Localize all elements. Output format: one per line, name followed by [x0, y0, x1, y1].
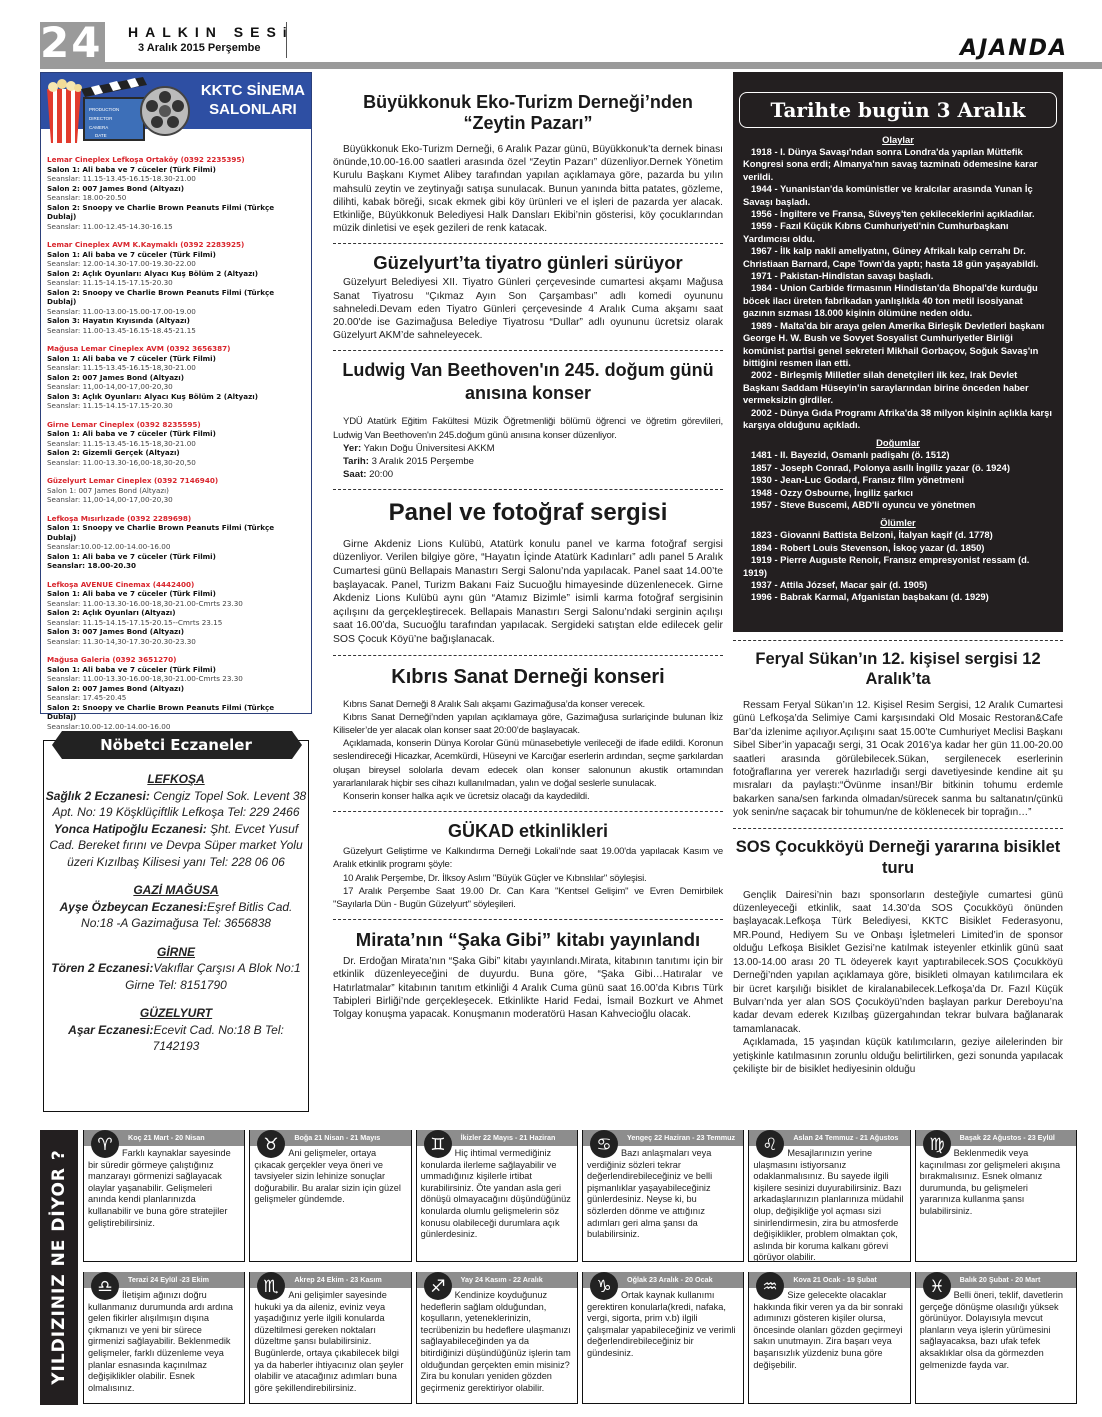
on-duty-pharmacies: Nöbetci Eczaneler LEFKOŞASağlık 2 Eczane…: [43, 740, 309, 1112]
pharmacy-list: LEFKOŞASağlık 2 Eczanesi: Cengiz Topel S…: [44, 741, 308, 1055]
horoscope-card: Oğlak 23 Aralık - 20 Ocak♑Ortak kaynak k…: [582, 1272, 744, 1404]
article-body: YDÜ Atatürk Eğitim Fakültesi Müzik Öğret…: [333, 415, 723, 441]
history-section-label: Doğumlar: [743, 437, 1053, 449]
article-title: Panel ve fotoğraf sergisi: [333, 498, 723, 528]
sign-text: Kendinize koyduğunuz hedeflerin sağlam o…: [417, 1288, 577, 1394]
article-body: Girne Akdeniz Lions Kulübü, Atatürk konu…: [333, 538, 723, 647]
sign-text: Bazı anlaşmaları veya verdiğiniz sözleri…: [583, 1146, 743, 1241]
paragraph: Açıklamada, konserin Dünya Korolar Günü …: [333, 737, 723, 790]
history-item: 1956 - İngiltere ve Fransa, Süveyş'ten ç…: [743, 208, 1053, 220]
value: Yakın Doğu Üniversitesi AKKM: [361, 443, 494, 454]
sign-text: Hiç ihtimal vermediğiniz konularda ilerl…: [417, 1146, 577, 1241]
event-place: Yer: Yakın Doğu Üniversitesi AKKM: [333, 442, 723, 455]
history-item: 2002 - Birleşmiş Milletler silah denetçi…: [743, 369, 1053, 406]
theater-name: Lefkoşa AVENUE Cinemax (4442400): [47, 580, 305, 590]
right-column: Tarihte bugün 3 Aralık Olaylar1918 - I. …: [733, 72, 1063, 1076]
svg-text:CAMERA: CAMERA: [89, 125, 108, 130]
theater-block: Lefkoşa AVENUE Cinemax (4442400)Salon 1:…: [47, 580, 305, 647]
sign-forecast: Kendinize koyduğunuz hedeflerin sağlam o…: [421, 1290, 571, 1393]
aries-icon: ♈: [88, 1128, 122, 1160]
header-rule: [40, 62, 1102, 69]
paragraph: Açıklamada, 15 yaşından küçük katılımcıl…: [733, 1036, 1063, 1076]
screen-film: Salon 1: 007 James Bond (Altyazı): [47, 486, 305, 496]
screen-film: Salon 2: Açlık Oyunları: Alyacı Kuş Bölü…: [47, 269, 305, 279]
page-number: 24: [40, 18, 102, 68]
history-item: 1967 - İlk kalp nakli ameliyatını, Güney…: [743, 245, 1053, 270]
pharmacy-city: GAZİ MAĞUSA: [44, 882, 308, 899]
theater-name: Güzelyurt Lemar Cineplex (0392 7146940): [47, 476, 305, 486]
scorpio-icon: ♏: [254, 1270, 288, 1302]
article-title: Ludwig Van Beethoven'ın 245. doğum günü …: [333, 359, 723, 405]
showtimes: Seanslar:10.00-12.00-14.00-16.00: [47, 722, 305, 732]
pharmacy-name: Sağlık 2 Eczanesi:: [46, 789, 150, 803]
horoscope-card: Yengeç 22 Haziran - 23 Temmuz♋Bazı anlaş…: [582, 1130, 744, 1262]
divider: [333, 919, 723, 920]
pharmacy-entry: Tören 2 Eczanesi:Vakıflar Çarşısı A Blok…: [44, 960, 308, 993]
svg-text:PRODUCTION: PRODUCTION: [89, 107, 119, 112]
article-title: SOS Çocukköyü Derneği yararına bisiklet …: [733, 837, 1063, 879]
event-time: Saat: 20:00: [333, 468, 723, 481]
leo-icon: ♌: [753, 1128, 787, 1160]
pharmacy-name: Ayşe Özbeycan Eczanesi:: [60, 900, 207, 914]
theater-name: Lemar Cineplex Lefkoşa Ortaköy (0392 223…: [47, 155, 305, 165]
svg-text:♑: ♑: [596, 1277, 611, 1297]
svg-text:♒: ♒: [763, 1277, 778, 1297]
screen-film: Salon 2: Snoopy ve Charlie Brown Peanuts…: [47, 703, 305, 722]
theater-name: Mağusa Galeria (0392 3651270): [47, 655, 305, 665]
horoscope-card: Başak 22 Ağustos - 23 Eylül♍Beklenmedik …: [915, 1130, 1077, 1262]
screen-film: Salon 1: Ali baba ve 7 cüceler (Türk Fil…: [47, 665, 305, 675]
showtimes: Seanslar: 11.00-13.45-16.15-18.45-21.15: [47, 326, 305, 336]
showtimes: Seanslar: 11.15-13.45-16.15-18,30-21.00: [47, 363, 305, 373]
showtimes: Seanslar: 11.00-13.30-16,00-18,30-20,50: [47, 458, 305, 468]
screen-film: Salon 2: 007 James Bond (Altyazı): [47, 184, 305, 194]
popcorn-clapperboard-film-reel-icon: PRODUCTION DIRECTOR CAMERA DATE: [45, 67, 195, 143]
screen-film: Salon 1: Ali baba ve 7 cüceler (Türk Fil…: [47, 354, 305, 364]
article-tiyatro: Güzelyurt’ta tiyatro günleri sürüyor Güz…: [333, 252, 723, 342]
history-title-frame: Tarihte bugün 3 Aralık: [739, 92, 1057, 128]
horoscope-card: Terazi 24 Eylül -23 Ekim♎İletişim ağınız…: [83, 1272, 245, 1404]
theater-block: Lemar Cineplex Lefkoşa Ortaköy (0392 223…: [47, 155, 305, 231]
cinema-title-line: SALONLARI: [201, 100, 305, 119]
aquarius-icon: ♒: [753, 1270, 787, 1302]
history-title: Tarihte bugün 3 Aralık: [770, 98, 1025, 122]
history-item: 1959 - Fazıl Küçük Kıbrıs Cumhuriyeti'ni…: [743, 220, 1053, 245]
showtimes: Seanslar: 11.15-13.45-16.15-18.30-21.00: [47, 174, 305, 184]
horoscope-card: Aslan 24 Temmuz - 21 Ağustos♌Mesajlarını…: [748, 1130, 910, 1262]
label: Saat:: [343, 469, 366, 480]
theater-list: Lemar Cineplex Lefkoşa Ortaköy (0392 223…: [41, 129, 311, 731]
history-item: 1971 - Pakistan-Hindistan savaşı başladı…: [743, 270, 1053, 282]
pharmacy-entry: Yonca Hatipoğlu Eczanesi: Şht. Evcet Yus…: [44, 821, 308, 871]
divider: [333, 350, 723, 351]
article-title: GÜKAD etkinlikleri: [333, 820, 723, 842]
history-item: 1996 - Babrak Karmal, Afganistan başbaka…: [743, 591, 1053, 603]
history-item: 1930 - Jean-Luc Godard, Fransız film yön…: [743, 474, 1053, 486]
middle-column: Büyükkonuk Eko-Turizm Derneği’nden “Zeyt…: [333, 92, 723, 1021]
article-body: Kıbrıs Sanat Derneği 8 Aralık Salı akşam…: [333, 698, 723, 804]
article-title: Kıbrıs Sanat Derneği konseri: [333, 664, 723, 690]
horoscope-card: İkizler 22 Mayıs - 21 Haziran♊Hiç ihtima…: [416, 1130, 578, 1262]
svg-text:♍: ♍: [929, 1135, 944, 1155]
sign-forecast: İletişim ağınızı doğru kullanmanız durum…: [88, 1290, 233, 1393]
paragraph: Konserin konser halka açık ve ücretsiz o…: [333, 790, 723, 803]
pharmacy-name: Aşar Eczanesi:: [68, 1023, 153, 1037]
divider: [333, 243, 723, 244]
article-body: Gençlik Dairesi’nin bazı sponsorların de…: [733, 889, 1063, 1077]
pharmacy-city: GİRNE: [44, 944, 308, 961]
screen-film: Salon 1: Ali baba ve 7 cüceler (Türk Fil…: [47, 429, 305, 439]
cinema-title: KKTC SİNEMA SALONLARI: [201, 81, 305, 119]
theater-name: Mağusa Lemar Cineplex AVM (0392 3656387): [47, 344, 305, 354]
divider: [333, 655, 723, 656]
article-title: Güzelyurt’ta tiyatro günleri sürüyor: [333, 252, 723, 274]
svg-text:♎: ♎: [97, 1277, 112, 1297]
cinema-listings: PRODUCTION DIRECTOR CAMERA DATE KKTC SİN…: [40, 72, 312, 714]
history-item: 1957 - Steve Buscemi, ABD'li oyuncu ve y…: [743, 499, 1053, 511]
sign-text: Ani gelişimler sayesinde hukuki ya da ai…: [250, 1288, 410, 1394]
screen-film: Salon 1: Snoopy ve Charlie Brown Peanuts…: [47, 523, 305, 542]
screen-film: Salon 1: Ali baba ve 7 cüceler (Türk Fil…: [47, 250, 305, 260]
history-item: 1481 - II. Bayezid, Osmanlı padişahı (ö.…: [743, 449, 1053, 461]
screen-film: Salon 3: 007 James Bond (Altyazı): [47, 627, 305, 637]
pisces-icon: ♓: [920, 1270, 954, 1302]
showtimes: Seanslar: 17.45-20.45: [47, 693, 305, 703]
sign-forecast: Ani gelişimler sayesinde hukuki ya da ai…: [254, 1290, 403, 1393]
showtimes: Seanslar: 18.00-20.50: [47, 193, 305, 203]
article-zeytin-pazari: Büyükkonuk Eko-Turizm Derneği’nden “Zeyt…: [333, 92, 723, 235]
gemini-icon: ♊: [421, 1128, 455, 1160]
screen-film: Salon 2: 007 James Bond (Altyazı): [47, 373, 305, 383]
svg-text:♈: ♈: [97, 1135, 112, 1155]
divider: [733, 640, 1063, 641]
divider: [333, 811, 723, 812]
horoscope-side-banner: YILDIZINIZ NE DİYOR ?: [40, 1130, 78, 1405]
showtimes: Seanslar: 11.00-13.30-16.00-18,30-21.00-…: [47, 674, 305, 684]
article-body: Güzelyurt Geliştirme ve Kalkındırma Dern…: [333, 845, 723, 911]
event-date: Tarih: 3 Aralık 2015 Perşembe: [333, 455, 723, 468]
horoscope-grid: Koç 21 Mart - 20 Nisan♈Farklı kaynaklar …: [83, 1130, 1077, 1404]
article-title: Feryal Sükan’ın 12. kişisel sergisi 12 A…: [733, 649, 1063, 689]
svg-text:♉: ♉: [264, 1135, 279, 1155]
label: Tarih:: [343, 456, 369, 467]
article-kibris-sanat: Kıbrıs Sanat Derneği konseri Kıbrıs Sana…: [333, 664, 723, 804]
theater-block: Güzelyurt Lemar Cineplex (0392 7146940)S…: [47, 476, 305, 505]
horoscope-card: Kova 21 Ocak - 19 Şubat♒Size gelecekte o…: [748, 1272, 910, 1404]
paragraph: 10 Aralık Perşembe, Dr. İlksoy Aslım "Bü…: [333, 872, 723, 885]
screen-film: Salon 3: Hayatın Kıyısında (Altyazı): [47, 316, 305, 326]
svg-text:DATE: DATE: [95, 133, 107, 138]
history-list: Olaylar1918 - I. Dünya Savaşı'ndan sonra…: [743, 134, 1053, 604]
screen-film: Salon 2: Gizemli Gerçek (Altyazı): [47, 448, 305, 458]
svg-text:♊: ♊: [430, 1135, 445, 1155]
cinema-title-line: KKTC SİNEMA: [201, 81, 305, 100]
screen-film: Salon 2: Açlık Oyunları (Altyazı): [47, 608, 305, 618]
svg-text:♌: ♌: [763, 1135, 778, 1155]
showtimes: Seanslar: 11.15-13.45-16.15-18,30-21.00: [47, 439, 305, 449]
theater-name: Lemar Cineplex AVM K.Kaymaklı (0392 2283…: [47, 240, 305, 250]
history-section-label: Ölümler: [743, 517, 1053, 529]
article-beethoven: Ludwig Van Beethoven'ın 245. doğum günü …: [333, 359, 723, 480]
capricorn-icon: ♑: [587, 1270, 621, 1302]
svg-text:DIRECTOR: DIRECTOR: [89, 116, 113, 121]
pharmacy-name: Yonca Hatipoğlu Eczanesi:: [54, 822, 207, 836]
sign-forecast: Hiç ihtimal vermediğiniz konularda ilerl…: [421, 1148, 571, 1239]
history-item: 1944 - Yunanistan'da komünistler ve kral…: [743, 183, 1053, 208]
history-item: 1989 - Malta'da bir araya gelen Amerika …: [743, 320, 1053, 370]
divider: [733, 828, 1063, 829]
showtimes: Seanslar: 11.00-13.30-16.00-18,30-21.00-…: [47, 599, 305, 609]
horoscope-card: Akrep 24 Ekim - 23 Kasım♏Ani gelişimler …: [249, 1272, 411, 1404]
showtimes: Seanslar: 18.00-20.30: [47, 561, 305, 571]
label: Yer:: [343, 443, 361, 454]
divider: [333, 489, 723, 490]
value: 20:00: [366, 469, 393, 480]
theater-block: Lefkoşa Mısırlızade (0392 2289698)Salon …: [47, 514, 305, 571]
showtimes: Seanslar: 11.15-14.15-17.15-20.30: [47, 401, 305, 411]
screen-film: Salon 3: Açlık Oyunları: Alyacı Kuş Bölü…: [47, 392, 305, 402]
article-panel: Panel ve fotoğraf sergisi Girne Akdeniz …: [333, 498, 723, 647]
screen-film: Salon 1: Ali baba ve 7 cüceler (Türk Fil…: [47, 552, 305, 562]
history-section-label: Olaylar: [743, 134, 1053, 146]
showtimes: Seanslar: 11.30-14,30-17.30-20.30-23.30: [47, 637, 305, 647]
theater-block: Mağusa Lemar Cineplex AVM (0392 3656387)…: [47, 344, 305, 411]
sign-forecast: Bazı anlaşmaları veya verdiğiniz sözleri…: [587, 1148, 712, 1239]
screen-film: Salon 2: Snoopy ve Charlie Brown Peanuts…: [47, 288, 305, 307]
libra-icon: ♎: [88, 1270, 122, 1302]
article-body: Güzelyurt Belediyesi XII. Tiyatro Günler…: [333, 276, 723, 342]
svg-text:♏: ♏: [264, 1277, 279, 1297]
sign-text: İletişim ağınızı doğru kullanmanız durum…: [84, 1288, 244, 1394]
horoscope-card: Koç 21 Mart - 20 Nisan♈Farklı kaynaklar …: [83, 1130, 245, 1262]
right-articles: Feryal Sükan’ın 12. kişisel sergisi 12 A…: [733, 640, 1063, 1076]
header-divider: [286, 22, 287, 58]
history-item: 1857 - Joseph Conrad, Polonya asıllı İng…: [743, 462, 1053, 474]
paragraph: Gençlik Dairesi’nin bazı sponsorların de…: [733, 889, 1063, 1036]
history-item: 1948 - Ozzy Osbourne, İngiliz şarkıcı: [743, 487, 1053, 499]
pharmacy-title: Nöbetci Eczaneler: [44, 731, 308, 759]
horoscope-card: Boğa 21 Nisan - 21 Mayıs♉Ani gelişmeler,…: [249, 1130, 411, 1262]
sign-forecast: Mesajlarınızın yerine ulaşmasını istiyor…: [753, 1148, 903, 1262]
theater-name: Girne Lemar Cineplex (0392 8235595): [47, 420, 305, 430]
history-item: 1894 - Robert Louis Stevenson, İskoç yaz…: [743, 542, 1053, 554]
theater-block: Mağusa Galeria (0392 3651270)Salon 1: Al…: [47, 655, 305, 731]
theater-block: Girne Lemar Cineplex (0392 8235595)Salon…: [47, 420, 305, 468]
pharmacy-city: LEFKOŞA: [44, 771, 308, 788]
showtimes: Seanslar:10.00-12.00-14.00-16.00: [47, 542, 305, 552]
article-body: Dr. Erdoğan Mirata’nın “Şaka Gibi” kitab…: [333, 955, 723, 1021]
pharmacy-entry: Ayşe Özbeycan Eczanesi:Eşref Bitlis Cad.…: [44, 899, 308, 932]
showtimes: Seanslar: 11,00-14,00-17,00-20,30: [47, 495, 305, 505]
svg-text:♋: ♋: [596, 1135, 611, 1155]
virgo-icon: ♍: [920, 1128, 954, 1160]
sagittarius-icon: ♐: [421, 1270, 455, 1302]
pharmacy-address: Ecevit Cad. No:18 B Tel: 7142193: [153, 1023, 284, 1054]
showtimes: Seanslar: 11.00-12.45-14.30-16.15: [47, 222, 305, 232]
history-item: 1984 - Union Carbide firmasının Hindista…: [743, 282, 1053, 319]
theater-name: Lefkoşa Mısırlızade (0392 2289698): [47, 514, 305, 524]
paragraph: Kıbrıs Sanat Derneği 8 Aralık Salı akşam…: [333, 698, 723, 711]
article-feryal-sukan: Feryal Sükan’ın 12. kişisel sergisi 12 A…: [733, 649, 1063, 820]
history-item: 1823 - Giovanni Battista Belzoni, İtalya…: [743, 529, 1053, 541]
history-item: 1937 - Attila József, Macar şair (d. 190…: [743, 579, 1053, 591]
pharmacy-city: GÜZELYURT: [44, 1005, 308, 1022]
section-title: AJANDA: [960, 36, 1068, 61]
cancer-icon: ♋: [587, 1128, 621, 1160]
article-body: Büyükkonuk Eko-Turizm Derneği, 6 Aralık …: [333, 143, 723, 235]
theater-block: Lemar Cineplex AVM K.Kaymaklı (0392 2283…: [47, 240, 305, 335]
svg-text:♓: ♓: [929, 1277, 944, 1297]
value: 3 Aralık 2015 Perşembe: [369, 456, 474, 467]
horoscope-section: YILDIZINIZ NE DİYOR ? Koç 21 Mart - 20 N…: [40, 1130, 1077, 1405]
screen-film: Salon 1: Ali baba ve 7 cüceler (Türk Fil…: [47, 589, 305, 599]
horoscope-title: YILDIZINIZ NE DİYOR ?: [49, 1149, 69, 1385]
article-sos-bisiklet: SOS Çocukköyü Derneği yararına bisiklet …: [733, 837, 1063, 1077]
svg-text:♐: ♐: [430, 1277, 445, 1297]
showtimes: Seanslar: 12.00-14.30-17.00-19.30-22.00: [47, 259, 305, 269]
paragraph: 17 Aralık Perşembe Saat 19.00 Dr. Can Ka…: [333, 885, 723, 911]
screen-film: Salon 2: 007 James Bond (Altyazı): [47, 684, 305, 694]
cinema-banner: PRODUCTION DIRECTOR CAMERA DATE KKTC SİN…: [41, 73, 311, 129]
article-title: Mirata’nın “Şaka Gibi” kitabı yayınlandı: [333, 928, 723, 951]
showtimes: Seanslar: 11.00-13.00-15.00-17.00-19.00: [47, 307, 305, 317]
screen-film: Salon 2: Snoopy ve Charlie Brown Peanuts…: [47, 203, 305, 222]
article-body: Ressam Feryal Sükan’ın 12. Kişisel Resim…: [733, 699, 1063, 820]
taurus-icon: ♉: [254, 1128, 288, 1160]
paper-name: HALKIN SESi: [128, 24, 294, 40]
pharmacy-entry: Sağlık 2 Eczanesi: Cengiz Topel Sok. Lev…: [44, 788, 308, 821]
showtimes: Seanslar: 11.15-14.15-17.15-20.15--Cmrts…: [47, 618, 305, 628]
history-item: 1919 - Pierre Auguste Renoir, Fransız em…: [743, 554, 1053, 579]
sign-text: Mesajlarınızın yerine ulaşmasını istiyor…: [749, 1146, 909, 1264]
showtimes: Seanslar: 11,00-14,00-17,00-20,30: [47, 382, 305, 392]
horoscope-card: Balık 20 Şubat - 20 Mart♓Belli öneri, te…: [915, 1272, 1077, 1404]
history-item: 2002 - Dünya Gıda Programı Afrika'da 38 …: [743, 407, 1053, 432]
screen-film: Salon 1: Ali baba ve 7 cüceler (Türk Fil…: [47, 165, 305, 175]
horoscope-card: Yay 24 Kasım - 22 Aralık♐Kendinize koydu…: [416, 1272, 578, 1404]
article-title: Büyükkonuk Eko-Turizm Derneği’nden “Zeyt…: [333, 92, 723, 134]
article-mirata: Mirata’nın “Şaka Gibi” kitabı yayınlandı…: [333, 928, 723, 1021]
pharmacy-name: Tören 2 Eczanesi:: [51, 961, 153, 975]
history-item: 1918 - I. Dünya Savaşı'ndan sonra Londra…: [743, 146, 1053, 183]
history-box: Tarihte bugün 3 Aralık Olaylar1918 - I. …: [733, 72, 1063, 632]
paragraph: Kıbrıs Sanat Derneği’nden yapılan açıkla…: [333, 711, 723, 737]
article-gukad: GÜKAD etkinlikleri Güzelyurt Geliştirme …: [333, 820, 723, 911]
paragraph: Güzelyurt Geliştirme ve Kalkındırma Dern…: [333, 845, 723, 871]
pharmacy-entry: Aşar Eczanesi:Ecevit Cad. No:18 B Tel: 7…: [44, 1022, 308, 1055]
issue-date: 3 Aralık 2015 Perşembe: [138, 42, 261, 54]
showtimes: Seanslar: 11.15-14.15-17.15-20.30: [47, 278, 305, 288]
